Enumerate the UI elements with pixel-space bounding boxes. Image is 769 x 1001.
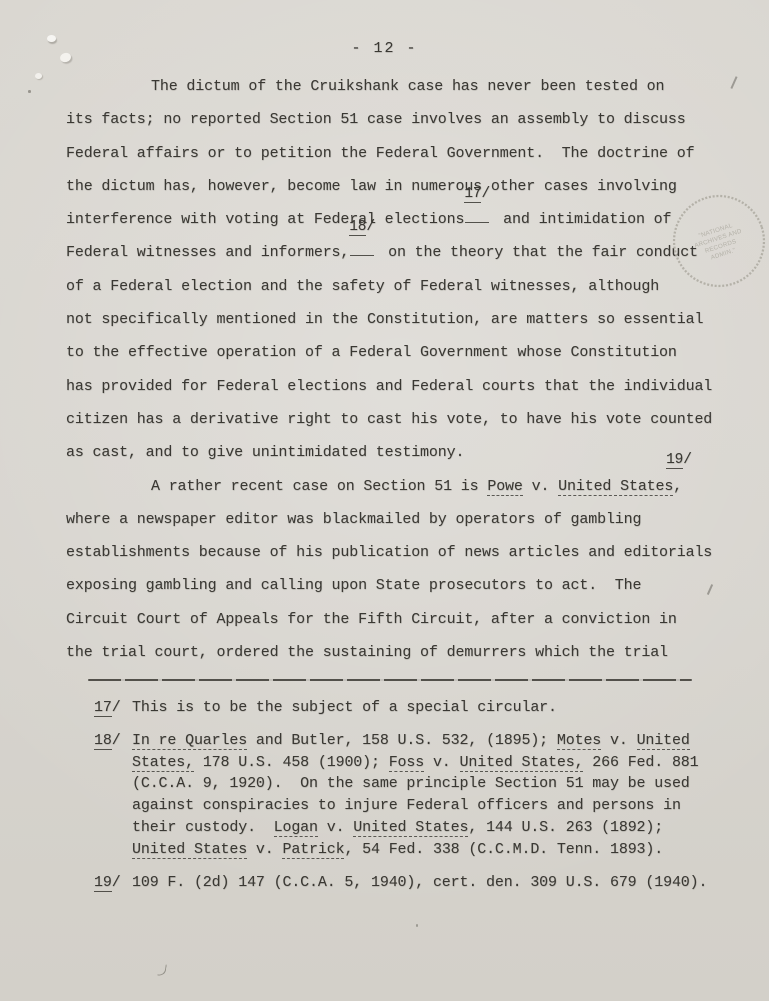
- body-line: Federal witnesses and informers,18/ on t…: [66, 236, 738, 269]
- footnote-separator: [88, 679, 692, 681]
- footnote-list: 17/This is to be the subject of a specia…: [94, 697, 734, 904]
- body-line: the dictum has, however, become law in n…: [66, 170, 738, 203]
- body-line: has provided for Federal elections and F…: [66, 370, 738, 403]
- body-line: Circuit Court of Appeals for the Fifth C…: [66, 603, 738, 636]
- footnote-number: 18/: [94, 730, 132, 861]
- body-line: The dictum of the Cruikshank case has ne…: [66, 70, 738, 103]
- body-line: not specifically mentioned in the Consti…: [66, 303, 738, 336]
- body-line: where a newspaper editor was blackmailed…: [66, 503, 738, 536]
- footnote-text: In re Quarles and Butler, 158 U.S. 532, …: [132, 730, 734, 861]
- stray-pen-mark: [157, 964, 167, 977]
- truman-library-stamp: HARRY S. TRUMAN LIBRARY U. S. GOVERNMENT…: [672, 194, 766, 288]
- paper-damage-speck: [35, 73, 42, 79]
- body-line: interference with voting at Federal elec…: [66, 203, 738, 236]
- footnote-text: 109 F. (2d) 147 (C.C.A. 5, 1940), cert. …: [132, 872, 734, 894]
- body-line: Federal affairs or to petition the Feder…: [66, 137, 738, 170]
- footnote-ref-18: 18/: [349, 242, 379, 256]
- body-line: the trial court, ordered the sustaining …: [66, 636, 738, 669]
- footnote-ref-17: 17/: [464, 209, 494, 223]
- body-line: to the effective operation of a Federal …: [66, 336, 738, 369]
- paper-dot: [416, 924, 418, 927]
- body-line: establishments because of his publicatio…: [66, 536, 738, 569]
- body-line: citizen has a derivative right to cast h…: [66, 403, 738, 436]
- page-number: - 12 -: [0, 40, 769, 57]
- body-line: as cast, and to give unintimidated testi…: [66, 436, 738, 469]
- body-line: exposing gambling and calling upon State…: [66, 569, 738, 602]
- footnote-ref-19: 19/: [682, 476, 712, 490]
- body-text: The dictum of the Cruikshank case has ne…: [66, 70, 738, 669]
- paper-damage-speck: [47, 35, 56, 42]
- footnote-17: 17/This is to be the subject of a specia…: [94, 697, 734, 719]
- body-line: A rather recent case on Section 51 is Po…: [66, 470, 738, 503]
- footnote-number: 17/: [94, 697, 132, 719]
- footnote-number: 19/: [94, 872, 132, 894]
- paper-dot: [28, 90, 31, 93]
- paper-damage-speck: [59, 52, 72, 64]
- footnote-text: This is to be the subject of a special c…: [132, 697, 734, 719]
- body-line: its facts; no reported Section 51 case i…: [66, 103, 738, 136]
- body-line: of a Federal election and the safety of …: [66, 270, 738, 303]
- document-page: - 12 - The dictum of the Cruikshank case…: [0, 0, 769, 1001]
- footnote-18: 18/In re Quarles and Butler, 158 U.S. 53…: [94, 730, 734, 861]
- footnote-19: 19/109 F. (2d) 147 (C.C.A. 5, 1940), cer…: [94, 872, 734, 894]
